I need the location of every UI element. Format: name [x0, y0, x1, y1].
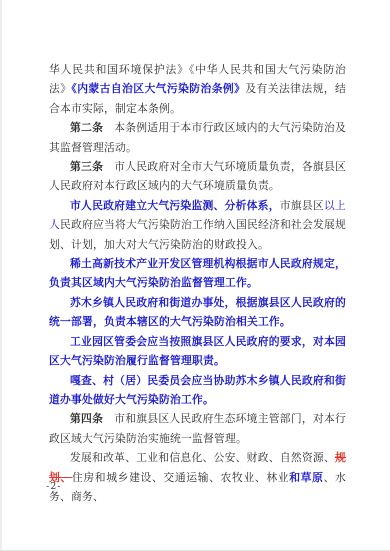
text-segment: 苏木乡镇人民政府和街道办事处，根据旗县区人民政府的统一部署，负责本辖区的大气污染… — [49, 296, 346, 328]
para-article-1-continuation: 华人民共和国环境保护法》《中华人民共和国大气污染防治法》《内蒙古自治区大气污染防… — [49, 60, 346, 118]
text-segment: 第二条 — [70, 121, 103, 134]
text-segment: 发展和改革、工业和信息化、公安、财政、自然资源、 — [70, 451, 335, 464]
text-segment: 第四条 — [70, 412, 103, 425]
text-segment: 市人民政府建立大气污染监测、分析体系， — [70, 199, 280, 212]
para-article-3-sumu-township: 苏木乡镇人民政府和街道办事处，根据旗县区人民政府的统一部署，负责本辖区的大气污染… — [49, 293, 346, 332]
text-segment: 民政府应当将大气污染防治工作纳入国民经济和社会发展规划、计划，加大对大气污染防治… — [49, 218, 346, 250]
text-segment: 市旗县区 — [280, 199, 324, 212]
text-segment: 和草原 — [289, 471, 323, 484]
para-article-2: 第二条 本条例适用于本市行政区域内的大气污染防治及其监督管理活动。 — [49, 118, 346, 157]
text-segment: 住房和城乡建设、交通运输、农牧业、林业 — [72, 471, 289, 484]
text-segment: 工业园区管委会应当按照旗县区人民政府的要求，对本园区大气污染防治履行监督管理职责… — [49, 335, 346, 367]
text-segment: 《内蒙古自治区大气污染防治条例》 — [71, 82, 245, 95]
para-article-3-village-committee: 嘎查、村（居）民委员会应当协助苏木乡镇人民政府和街道办事处做好大气污染防治工作。 — [49, 371, 346, 410]
text-segment: 第三条 — [70, 160, 103, 173]
para-article-3-industrial-park: 工业园区管委会应当按照旗县区人民政府的要求，对本园区大气污染防治履行监督管理职责… — [49, 332, 346, 371]
document-page: 华人民共和国环境保护法》《中华人民共和国大气污染防治法》《内蒙古自治区大气污染防… — [0, 0, 390, 551]
para-article-4: 第四条 市和旗县区人民政府生态环境主管部门，对本行政区域大气污染防治实施统一监督… — [49, 409, 346, 448]
para-article-3-hightech-zone: 稀土高新技术产业开发区管理机构根据市人民政府规定，负责其区域内大气污染防治监督管… — [49, 254, 346, 293]
page-number: -2- — [46, 481, 61, 492]
text-segment: 嘎查、村（居）民委员会应当协助苏木乡镇人民政府和街道办事处做好大气污染防治工作。 — [49, 374, 346, 406]
para-article-3-monitoring: 市人民政府建立大气污染监测、分析体系，市旗县区以上人民政府应当将大气污染防治工作… — [49, 196, 346, 254]
text-segment: 稀土高新技术产业开发区管理机构根据市人民政府规定，负责其区域内大气污染防治监督管… — [49, 257, 346, 289]
para-article-3: 第三条 市人民政府对全市大气环境质量负责，各旗县区人民政府对本行政区域内的大气环… — [49, 157, 346, 196]
document-body: 华人民共和国环境保护法》《中华人民共和国大气污染防治法》《内蒙古自治区大气污染防… — [49, 60, 346, 506]
para-article-4-departments: 发展和改革、工业和信息化、公安、财政、自然资源、规划、住房和城乡建设、交通运输、… — [49, 448, 346, 506]
